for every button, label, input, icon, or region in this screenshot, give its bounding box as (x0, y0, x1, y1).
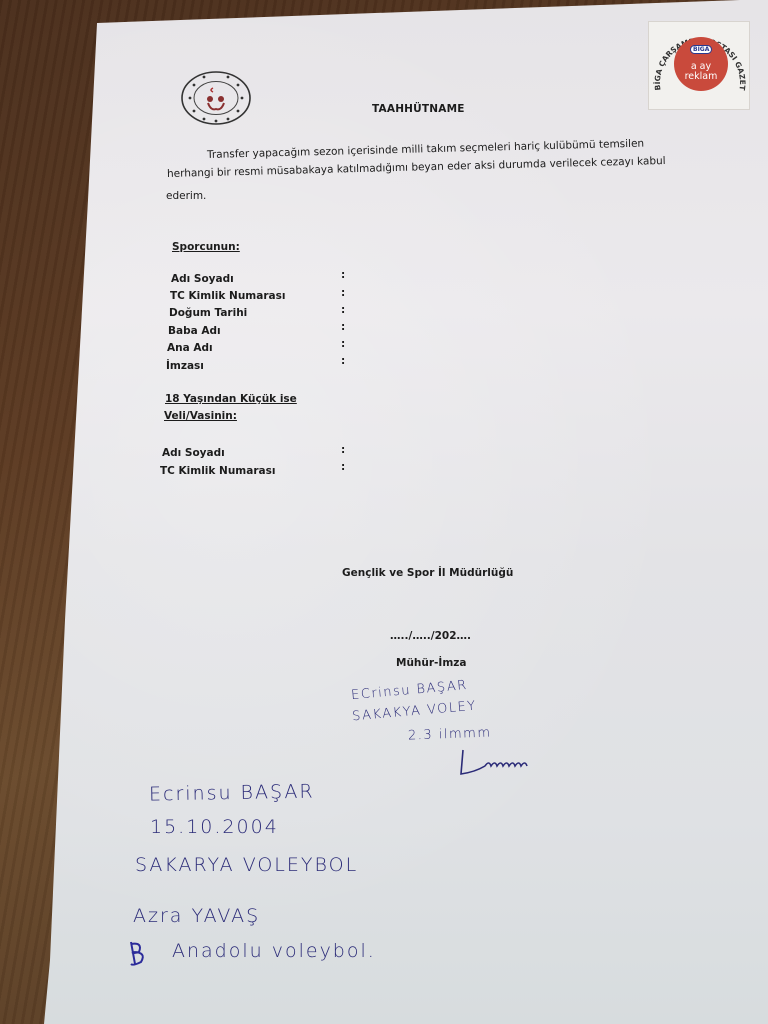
handwritten-note: 2.3 ilmmm (408, 726, 492, 744)
field-separator: : (341, 461, 345, 473)
field-separator: : (341, 355, 345, 367)
handwritten-athlete-name: Ecrinsu BAŞAR (149, 781, 315, 806)
stamp-signature-label: Mühür-İmza (396, 657, 466, 669)
handwritten-birth-date: 15.10.2004 (150, 816, 279, 838)
field-separator: : (341, 287, 345, 299)
field-label-signature: İmzası (166, 360, 204, 372)
ministry-seal-icon (180, 70, 252, 126)
newspaper-watermark-logo: BİGA ÇARŞAMBA POSTASI GAZETESİ BİGA a ay… (648, 21, 750, 110)
date-placeholder: …../…../202…. (390, 630, 471, 642)
field-separator: : (341, 304, 345, 316)
watermark-badge: BİGA (690, 45, 712, 54)
field-label-tc-number: TC Kimlik Numarası (170, 290, 285, 302)
field-separator: : (341, 444, 345, 456)
authority-name: Gençlik ve Spor İl Müdürlüğü (342, 567, 513, 579)
document-title: TAAHHÜTNAME (372, 103, 465, 115)
handwritten-second-name: Azra YAVAŞ (133, 905, 260, 927)
guardian-section-heading-line1: 18 Yaşından Küçük ise (165, 393, 297, 405)
field-separator: : (341, 338, 345, 350)
field-separator: : (341, 269, 345, 281)
watermark-brand-line2: reklam (683, 72, 719, 82)
paragraph-line-3: ederim. (166, 190, 206, 202)
field-separator: : (341, 321, 345, 333)
guardian-section-heading-line2: Veli/Vasinin: (164, 410, 237, 422)
guardian-field-label-tc-number: TC Kimlik Numarası (160, 465, 275, 477)
guardian-field-label-name: Adı Soyadı (162, 447, 225, 459)
field-label-birth-date: Doğum Tarihi (169, 307, 247, 319)
ink-scribble-icon (125, 938, 149, 970)
handwritten-second-club: Anadolu voleybol. (172, 940, 376, 962)
watermark-red-circle: BİGA a ay reklam (674, 37, 728, 91)
field-label-mother-name: Ana Adı (167, 342, 213, 354)
handwritten-signature (455, 748, 555, 780)
athlete-section-heading: Sporcunun: (172, 241, 240, 253)
field-label-name: Adı Soyadı (171, 273, 234, 285)
field-label-father-name: Baba Adı (168, 325, 221, 337)
watermark-brand: a ay reklam (683, 62, 719, 82)
handwritten-club-name: SAKARYA VOLEYBOL (135, 854, 358, 876)
